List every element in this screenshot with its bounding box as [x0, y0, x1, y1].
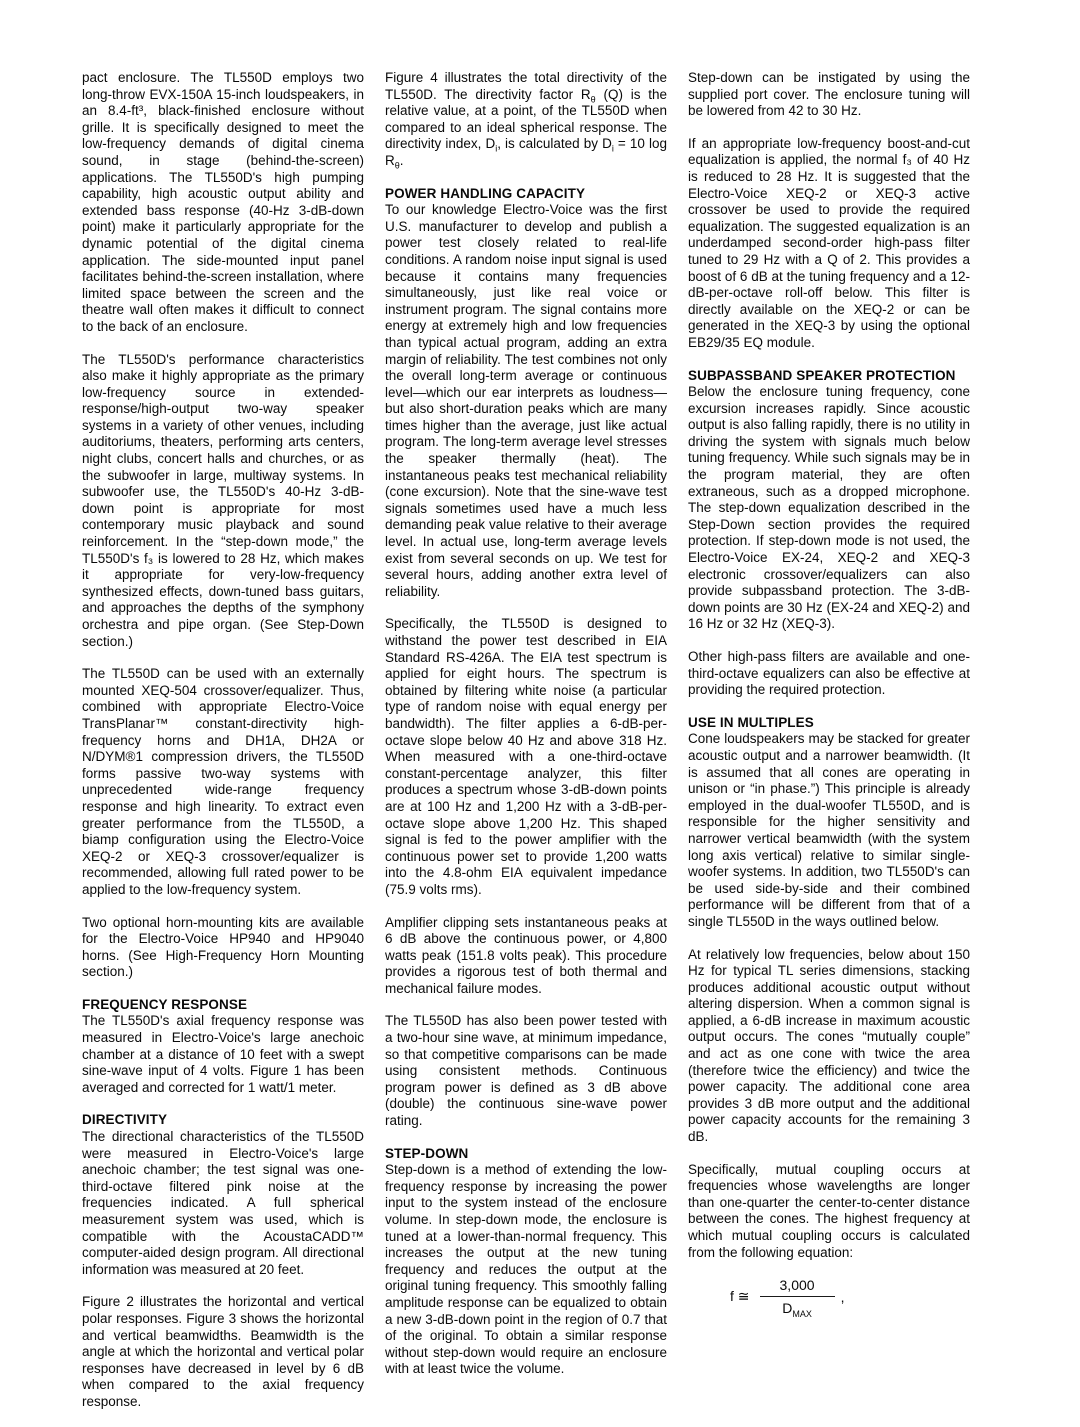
section-heading-step-down: STEP-DOWN [385, 1146, 667, 1163]
equation-denominator: DMAX [782, 1297, 812, 1316]
equation-trailing-comma: , [841, 1289, 845, 1305]
equation-numerator: 3,000 [760, 1277, 835, 1297]
paragraph: The TL550D's axial frequency response wa… [82, 1013, 364, 1096]
column-1: pact enclosure. The TL550D employs two l… [82, 70, 364, 1427]
paragraph: The directional characteristics of the T… [82, 1129, 364, 1278]
paragraph: Amplifier clipping sets instantaneous pe… [385, 915, 667, 998]
paragraph: Below the enclosure tuning frequency, co… [688, 384, 970, 633]
column-2: Figure 4 illustrates the total directivi… [385, 70, 667, 1427]
section-heading-power-handling: POWER HANDLING CAPACITY [385, 186, 667, 203]
section-heading-use-in-multiples: USE IN MULTIPLES [688, 715, 970, 732]
paragraph: Cone loudspeakers may be stacked for gre… [688, 731, 970, 930]
mutual-coupling-equation: f ≅ 3,000 DMAX , [730, 1277, 970, 1316]
column-3: Step-down can be instigated by using the… [688, 70, 970, 1427]
paragraph: Specifically, the TL550D is designed to … [385, 616, 667, 898]
paragraph: Step-down is a method of extending the l… [385, 1162, 667, 1378]
paragraph: If an appropriate low-frequency boost-an… [688, 136, 970, 352]
equation-lhs: f ≅ [730, 1288, 750, 1305]
section-heading-frequency-response: FREQUENCY RESPONSE [82, 997, 364, 1014]
paragraph: Figure 2 illustrates the horizontal and … [82, 1294, 364, 1410]
section-heading-directivity: DIRECTIVITY [82, 1112, 364, 1129]
equation-fraction: 3,000 DMAX [760, 1277, 835, 1316]
paragraph: Specifically, mutual coupling occurs at … [688, 1162, 970, 1262]
section-heading-subpassband-protection: SUBPASSBAND SPEAKER PROTECTION [688, 368, 970, 385]
equation-denominator-subscript: MAX [792, 1309, 812, 1319]
paragraph: Other high-pass filters are available an… [688, 649, 970, 699]
document-page: pact enclosure. The TL550D employs two l… [0, 0, 1080, 1397]
paragraph: At relatively low frequencies, below abo… [688, 947, 970, 1146]
paragraph: pact enclosure. The TL550D employs two l… [82, 70, 364, 336]
paragraph: The TL550D's performance characteristics… [82, 352, 364, 651]
paragraph: To our knowledge Electro-Voice was the f… [385, 202, 667, 600]
equation-denominator-symbol: D [782, 1300, 792, 1316]
paragraph: Figure 4 illustrates the total directivi… [385, 70, 667, 170]
paragraph: The TL550D can be used with an externall… [82, 666, 364, 898]
paragraph: Step-down can be instigated by using the… [688, 70, 970, 120]
column-layout: pact enclosure. The TL550D employs two l… [82, 70, 968, 1427]
paragraph: Two optional horn-mounting kits are avai… [82, 915, 364, 981]
paragraph: The TL550D has also been power tested wi… [385, 1013, 667, 1129]
